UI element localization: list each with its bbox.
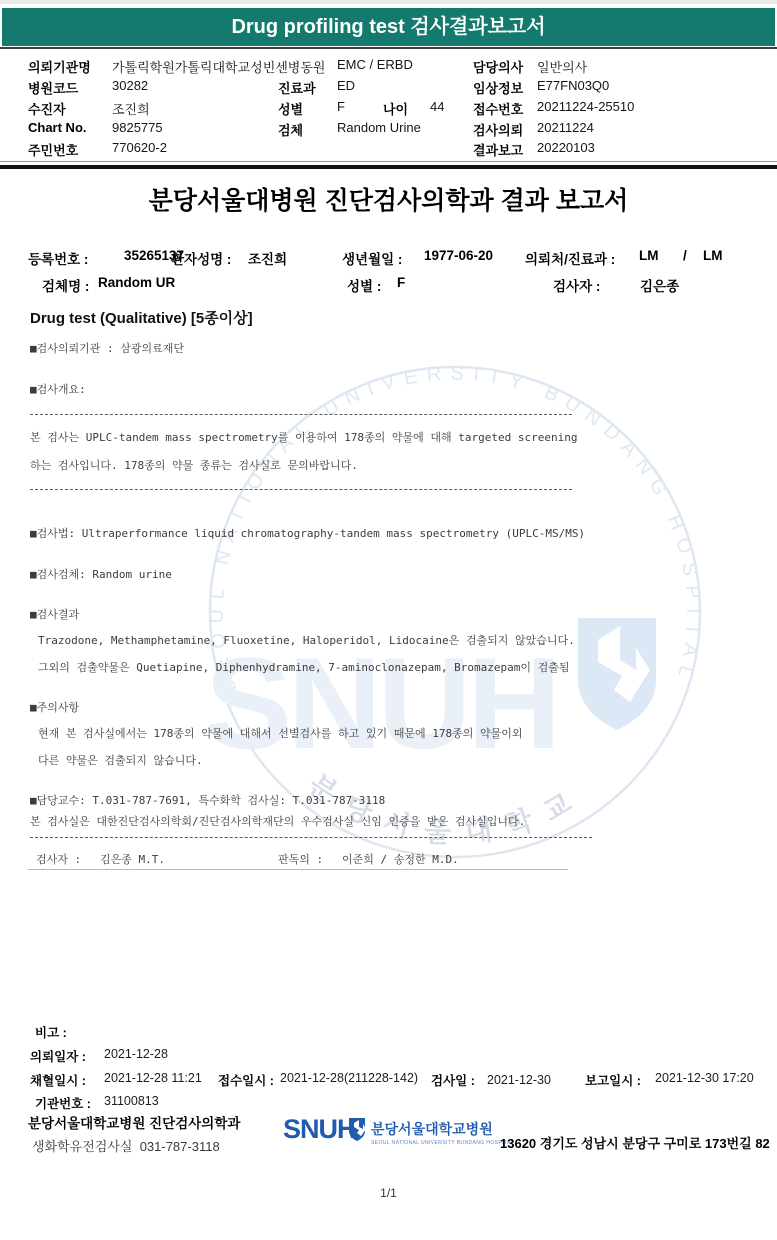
sign-reader-value: 이준희 / 송정한 M.D. <box>342 851 459 867</box>
field-label: 병원코드 <box>28 78 78 97</box>
field-label: 성별 : <box>347 275 381 295</box>
table-row: 의뢰기관명 가톨릭학원가톨릭대학교성빈센병동원 EMC / ERBD 담당의사 … <box>0 57 777 75</box>
method-line: ■검사법: Ultraperformance liquid chromatogr… <box>30 525 585 541</box>
header-divider <box>0 47 777 49</box>
field-value: EMC / ERBD <box>337 57 413 72</box>
report-title: 분당서울대병원 진단검사의학과 결과 보고서 <box>0 181 777 217</box>
field-value: 2021-12-28 11:21 <box>104 1071 202 1085</box>
field-value: 9825775 <box>112 120 163 135</box>
field-label: 결과보고 <box>473 140 523 159</box>
field-value: 31100813 <box>104 1094 159 1108</box>
field-value: 2021-12-28 <box>104 1047 168 1061</box>
caution-heading: ■주의사항 <box>30 699 79 715</box>
section-divider <box>0 165 777 169</box>
field-label: 접수일시 : <box>218 1071 274 1089</box>
snuh-logo-name-kr: 분당서울대학교병원 <box>371 1119 493 1139</box>
field-label: 검사일 : <box>431 1071 475 1089</box>
field-label: 담당의사 <box>473 57 523 76</box>
contact-line: ■담당교수: T.031-787-7691, 특수화학 검사실: T.031-7… <box>30 792 385 808</box>
patient-row: 검체명 : Random UR 성별 : F 검사자 : 김은종 <box>0 275 777 293</box>
field-value: Random Urine <box>337 120 421 135</box>
field-label: 나이 <box>383 99 408 118</box>
field-value: F <box>397 275 405 290</box>
field-value: LM <box>703 248 723 263</box>
top-strip <box>0 0 777 4</box>
field-value: 44 <box>430 99 444 114</box>
hospital-address: 13620 경기도 성남시 분당구 구미로 173번길 82 <box>500 1133 770 1152</box>
report-page: SEOUL NATIONAL UNIVERSITY BUNDANG HOSPIT… <box>0 0 777 1240</box>
field-value: F <box>337 99 345 114</box>
field-label: 기관번호 : <box>35 1094 91 1112</box>
field-label: 등록번호 : <box>28 248 88 268</box>
dashed-divider <box>30 414 572 415</box>
page-number: 1/1 <box>0 1186 777 1200</box>
accreditation-line: 본 검사실은 대한진단검사의학회/진단검사의학재단의 우수검사실 신임 인증을 … <box>30 813 525 829</box>
result-heading: ■검사결과 <box>30 606 79 622</box>
field-value: 20220103 <box>537 140 595 155</box>
watermark-shield-icon <box>578 618 656 730</box>
sign-reader-label: 판독의 : <box>278 851 323 867</box>
test-title: Drug test (Qualitative) [5종이상] <box>30 307 253 328</box>
snuh-shield-icon <box>347 1117 367 1142</box>
sign-examiner-value: 김은종 M.T. <box>100 851 165 867</box>
table-row: 주민번호 770620-2 결과보고 20220103 <box>0 140 777 158</box>
field-label: Chart No. <box>28 120 87 135</box>
field-value: 조진희 <box>112 99 150 118</box>
dashed-divider <box>30 837 592 838</box>
field-value: 20211224-25510 <box>537 99 634 114</box>
header-title: Drug profiling test 검사결과보고서 <box>2 8 775 46</box>
field-value: Random UR <box>98 275 175 290</box>
specimen-line: ■검사검체: Random urine <box>30 566 172 582</box>
field-label: 검체명 : <box>42 275 89 295</box>
field-label: 임상정보 <box>473 78 523 97</box>
table-row: 수진자 조진희 성별 F 나이 44 접수번호 20211224-25510 <box>0 99 777 117</box>
request-org-line: ■검사의뢰기관 : 삼광의료재단 <box>30 340 184 356</box>
field-label: 검사자 : <box>553 275 600 295</box>
field-label: 생년월일 : <box>342 248 402 268</box>
table-row: Chart No. 9825775 검체 Random Urine 검사의뢰 2… <box>0 120 777 138</box>
field-label: 주민번호 <box>28 140 78 159</box>
field-value: 1977-06-20 <box>424 248 493 263</box>
caution-line: 현재 본 검사실에서는 178종의 약물에 대해서 선별검사를 하고 있기 때문… <box>38 725 523 741</box>
field-value: 2021-12-30 <box>487 1073 551 1087</box>
field-value: LM <box>639 248 659 263</box>
caution-line: 다른 약물은 검출되지 않습니다. <box>38 752 203 768</box>
table-row: 병원코드 30282 진료과 ED 임상정보 E77FN03Q0 <box>0 78 777 96</box>
field-label: 채혈일시 : <box>30 1071 86 1089</box>
remark-label: 비고 : <box>35 1023 67 1041</box>
field-value: 가톨릭학원가톨릭대학교성빈센병동원 <box>112 57 326 76</box>
field-value: E77FN03Q0 <box>537 78 609 93</box>
overview-heading: ■검사개요: <box>30 381 86 397</box>
patient-row: 등록번호 : 35265137 환자성명 : 조진희 생년월일 : 1977-0… <box>0 248 777 266</box>
field-label: 검사의뢰 <box>473 120 523 139</box>
watermark-snuh-text: SNUH <box>205 630 557 776</box>
overview-line: 하는 검사입니다. 178종의 약물 종류는 검사실로 문의바랍니다. <box>30 457 358 473</box>
field-label: 환자성명 : <box>171 248 231 268</box>
field-value: 김은종 <box>640 275 679 295</box>
field-value: 30282 <box>112 78 148 93</box>
field-value: 2021-12-28(211228-142) <box>280 1071 418 1085</box>
overview-line: 본 검사는 UPLC-tandem mass spectrometry를 이용하… <box>30 429 578 445</box>
header-bar: Drug profiling test 검사결과보고서 <box>2 8 775 46</box>
field-label: 의뢰처/진료과 : <box>525 248 615 268</box>
field-label: 의뢰일자 : <box>30 1047 86 1065</box>
field-label: 검체 <box>278 120 303 139</box>
field-label: 접수번호 <box>473 99 523 118</box>
field-label: 보고일시 : <box>585 1071 641 1089</box>
field-label: 성별 <box>278 99 303 118</box>
result-line: Trazodone, Methamphetamine, Fluoxetine, … <box>38 632 575 648</box>
dashed-divider <box>30 489 572 490</box>
field-value: / <box>683 248 687 263</box>
field-value: 770620-2 <box>112 140 167 155</box>
field-label: 의뢰기관명 <box>28 57 91 76</box>
table-bottom-rule <box>0 161 777 162</box>
field-value: 일반의사 <box>537 57 587 76</box>
field-value: ED <box>337 78 355 93</box>
field-label: 진료과 <box>278 78 316 97</box>
snuh-logo-name-en: SEOUL NATIONAL UNIVERSITY BUNDANG HOSPIT… <box>371 1140 514 1146</box>
field-value: 조진희 <box>248 248 287 268</box>
field-value: 20211224 <box>537 120 594 135</box>
sign-underline <box>28 869 568 870</box>
snuh-logo-text: SNUH <box>283 1114 356 1145</box>
department-name: 분당서울대학교병원 진단검사의학과 <box>28 1112 240 1132</box>
result-line: 그외의 검출약물은 Quetiapine, Diphenhydramine, 7… <box>38 659 570 675</box>
sign-examiner-label: 검사자 : <box>36 851 81 867</box>
field-label: 수진자 <box>28 99 66 118</box>
lab-name: 생화학유전검사실 031-787-3118 <box>32 1136 220 1155</box>
field-value: 2021-12-30 17:20 <box>655 1071 754 1085</box>
